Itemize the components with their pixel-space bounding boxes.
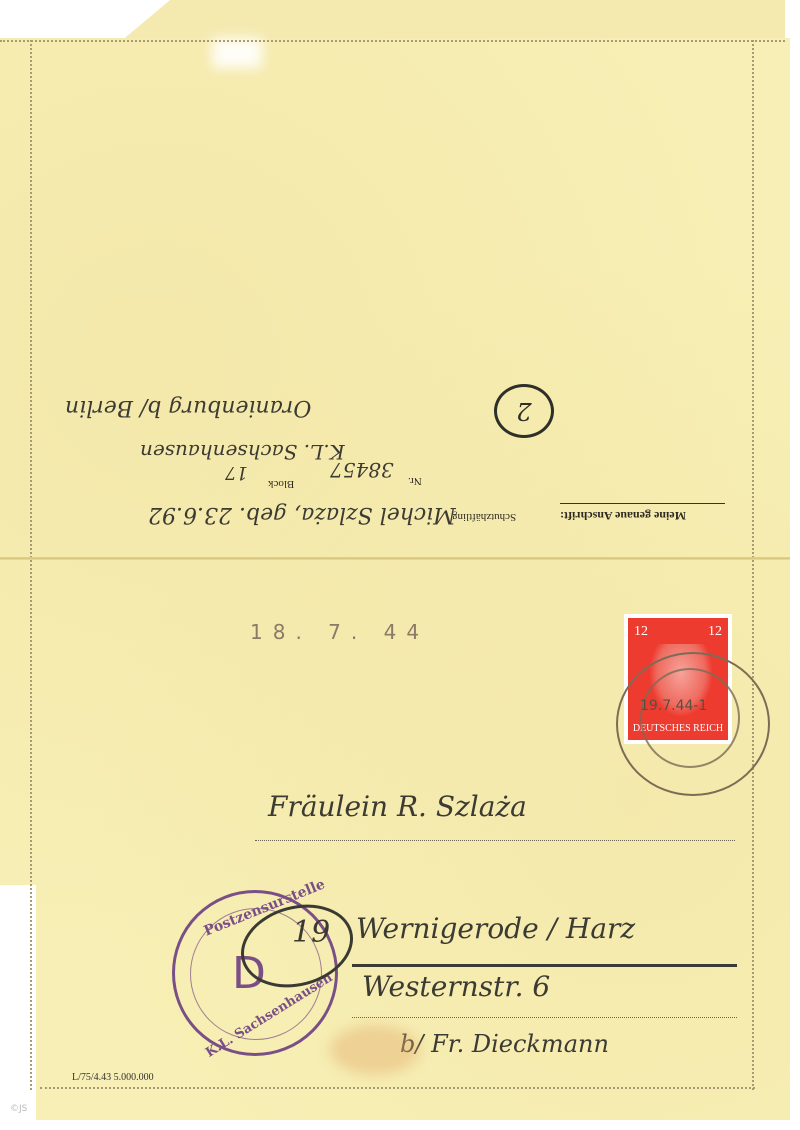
stamp-value-left: 12 [634, 624, 648, 640]
perforation-bottom [40, 1087, 755, 1089]
postmark-inner-ring [640, 668, 740, 768]
sender-name-label: Schutzhäftling [452, 511, 516, 523]
sender-label-rule [560, 503, 725, 504]
postmark-date: 19.7.44-1 [640, 698, 707, 714]
stamp-value-right: 12 [708, 624, 722, 640]
camp-name: K.L. Sachsenhausen [140, 440, 345, 464]
prisoner-number-label: Nr. [408, 475, 422, 487]
sender-city: Oranienburg b/ Berlin [65, 395, 311, 420]
block-label: Block [268, 478, 294, 490]
address-rule-3 [352, 1017, 737, 1018]
stain [330, 1025, 420, 1075]
censor-number: 19 [292, 915, 330, 950]
perforation-top [0, 40, 785, 42]
sender-address-label: Meine genaue Anschrift: [560, 508, 686, 523]
scan-glare [212, 38, 262, 68]
recipient-street: Westernstr. 6 [362, 970, 550, 1003]
pencil-date: 18. 7. 44 [250, 620, 429, 644]
block-number: 17 [225, 462, 248, 483]
sender-name: Michel Szlaża, geb. 23.6.92 [148, 502, 456, 527]
perforation-right [752, 40, 754, 1090]
copyright-mark: ©JS [10, 1104, 27, 1114]
circled-mark: 2 [494, 384, 554, 438]
recipient-city: Wernigerode / Harz [356, 912, 635, 945]
top-flap [120, 0, 785, 42]
perforation-left [30, 40, 32, 1090]
recipient-care-of: b/ Fr. Dieckmann [400, 1030, 609, 1058]
print-code: L/75/4.43 5.000.000 [72, 1072, 154, 1083]
letter-card [0, 38, 790, 1120]
address-rule-1 [255, 840, 735, 841]
fold-line [0, 557, 790, 560]
recipient-name: Fräulein R. Szlaża [268, 790, 527, 823]
city-underline [352, 964, 737, 967]
